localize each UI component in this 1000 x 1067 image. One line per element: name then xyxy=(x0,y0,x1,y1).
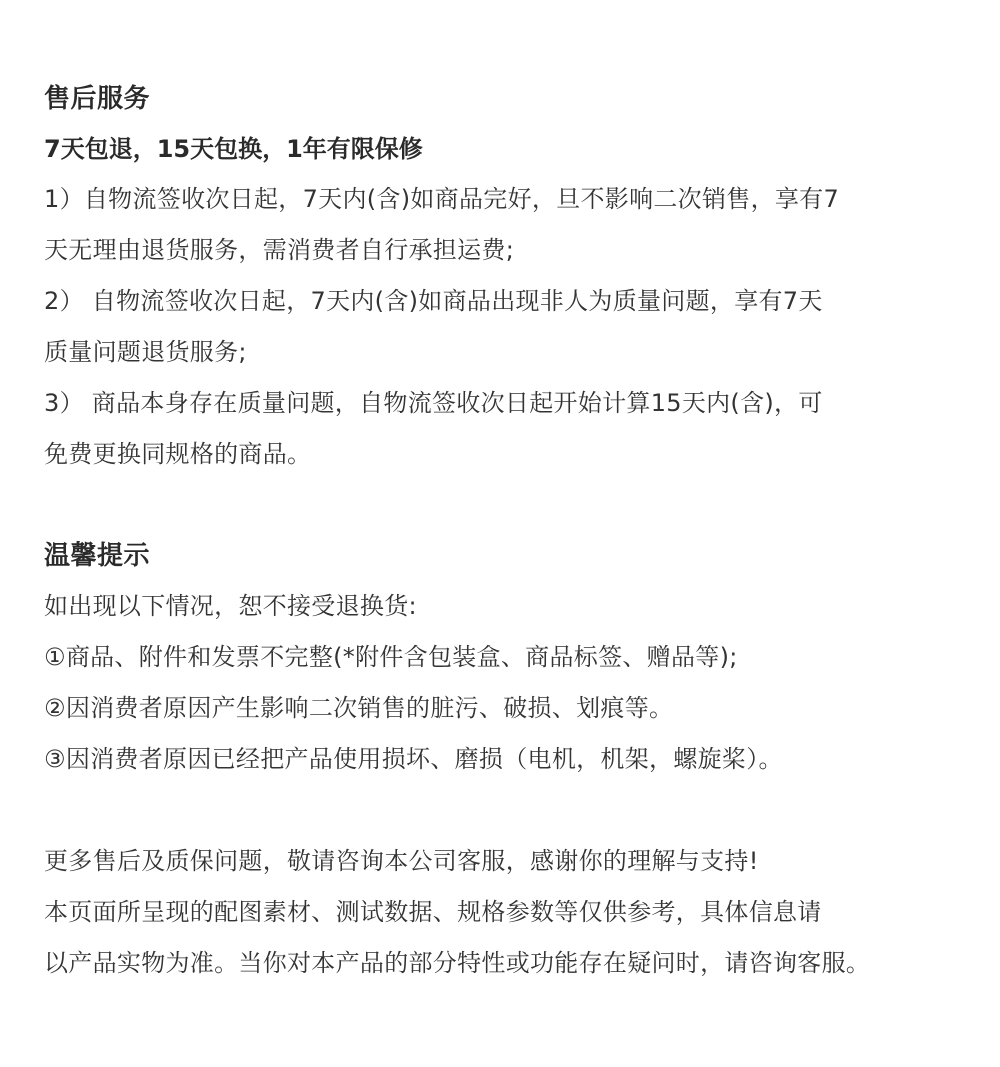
policy-line: 2） 自物流签收次日起，7天内(含)如商品出现非人为质量问题，享有7天 xyxy=(44,276,1000,327)
tips-item: ②因消费者原因产生影响二次销售的脏污、破损、划痕等。 xyxy=(44,683,1000,734)
footer-line: 本页面所呈现的配图素材、测试数据、规格参数等仅供参考，具体信息请 xyxy=(44,887,1000,938)
tips-title: 温馨提示 xyxy=(44,531,1000,581)
after-sales-section: 售后服务 7天包退，15天包换，1年有限保修 1）自物流签收次日起，7天内(含)… xyxy=(44,74,1000,480)
after-sales-title: 售后服务 xyxy=(44,74,1000,124)
footer-notes: 更多售后及质保问题，敬请咨询本公司客服，感谢你的理解与支持! 本页面所呈现的配图… xyxy=(44,836,1000,989)
footer-line: 以产品实物为准。当你对本产品的部分特性或功能存在疑问时，请咨询客服。 xyxy=(44,938,1000,989)
spacer xyxy=(44,480,1000,531)
footer-line: 更多售后及质保问题，敬请咨询本公司客服，感谢你的理解与支持! xyxy=(44,836,1000,887)
policy-line: 质量问题退货服务; xyxy=(44,327,1000,378)
tips-item: ③因消费者原因已经把产品使用损坏、磨损（电机，机架，螺旋桨）。 xyxy=(44,734,1000,785)
tips-section: 温馨提示 如出现以下情况，恕不接受退换货: ①商品、附件和发票不完整(*附件含包… xyxy=(44,531,1000,785)
warranty-summary: 7天包退，15天包换，1年有限保修 xyxy=(44,124,1000,174)
policy-line: 3） 商品本身存在质量问题，自物流签收次日起开始计算15天内(含)，可 xyxy=(44,378,1000,429)
policy-line: 免费更换同规格的商品。 xyxy=(44,429,1000,480)
spacer xyxy=(44,785,1000,836)
policy-line: 天无理由退货服务，需消费者自行承担运费; xyxy=(44,225,1000,276)
tips-item: ①商品、附件和发票不完整(*附件含包装盒、商品标签、赠品等); xyxy=(44,632,1000,683)
tips-intro: 如出现以下情况，恕不接受退换货: xyxy=(44,581,1000,632)
after-sales-page: 售后服务 7天包退，15天包换，1年有限保修 1）自物流签收次日起，7天内(含)… xyxy=(0,0,1000,989)
policy-line: 1）自物流签收次日起，7天内(含)如商品完好，旦不影响二次销售，享有7 xyxy=(44,174,1000,225)
